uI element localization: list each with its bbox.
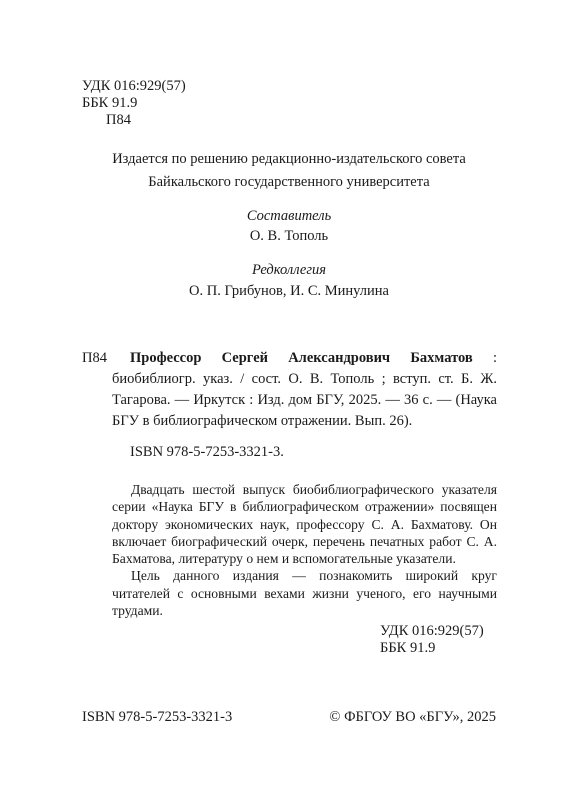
bottom-classification-block: УДК 016:929(57) ББК 91.9 <box>380 623 484 657</box>
footer-isbn: ISBN 978-5-7253-3321-3 <box>82 707 232 727</box>
publishing-note-line-1: Издается по решению редакционно-издатель… <box>82 148 496 171</box>
book-title: Профессор Сергей Александрович Бахматов <box>130 350 473 366</box>
annotation: Двадцать шестой выпуск биобиблиографичес… <box>112 481 497 619</box>
editorial-board-names: О. П. Грибунов, И. С. Минулина <box>82 281 496 302</box>
bbk-code-bottom: ББК 91.9 <box>380 640 484 657</box>
isbn-main: ISBN 978-5-7253-3321-3. <box>130 442 284 462</box>
udk-code: УДК 016:929(57) <box>82 78 186 95</box>
compiler-label: Составитель <box>82 206 496 226</box>
footer-copyright: © ФБГОУ ВО «БГУ», 2025 <box>329 707 496 727</box>
annotation-paragraph-1: Двадцать шестой выпуск биобиблиографичес… <box>112 481 497 567</box>
compiler-block: Составитель О. В. Тополь <box>82 206 496 246</box>
udk-code-bottom: УДК 016:929(57) <box>380 623 484 640</box>
top-classification-block: УДК 016:929(57) ББК 91.9 П84 <box>82 78 186 129</box>
compiler-name: О. В. Тополь <box>82 226 496 246</box>
publishing-note-line-2: Байкальского государственного университе… <box>82 171 496 194</box>
author-mark: П84 <box>82 112 186 129</box>
bibliographic-record: Профессор Сергей Александрович Бахматов … <box>112 348 497 432</box>
bib-author-mark: П84 <box>82 348 107 369</box>
editorial-board-label: Редколлегия <box>82 260 496 281</box>
annotation-paragraph-2: Цель данного издания — познакомить широк… <box>112 567 497 619</box>
publishing-note: Издается по решению редакционно-издатель… <box>82 148 496 194</box>
bbk-code: ББК 91.9 <box>82 95 186 112</box>
editorial-board-block: Редколлегия О. П. Грибунов, И. С. Минули… <box>82 260 496 302</box>
